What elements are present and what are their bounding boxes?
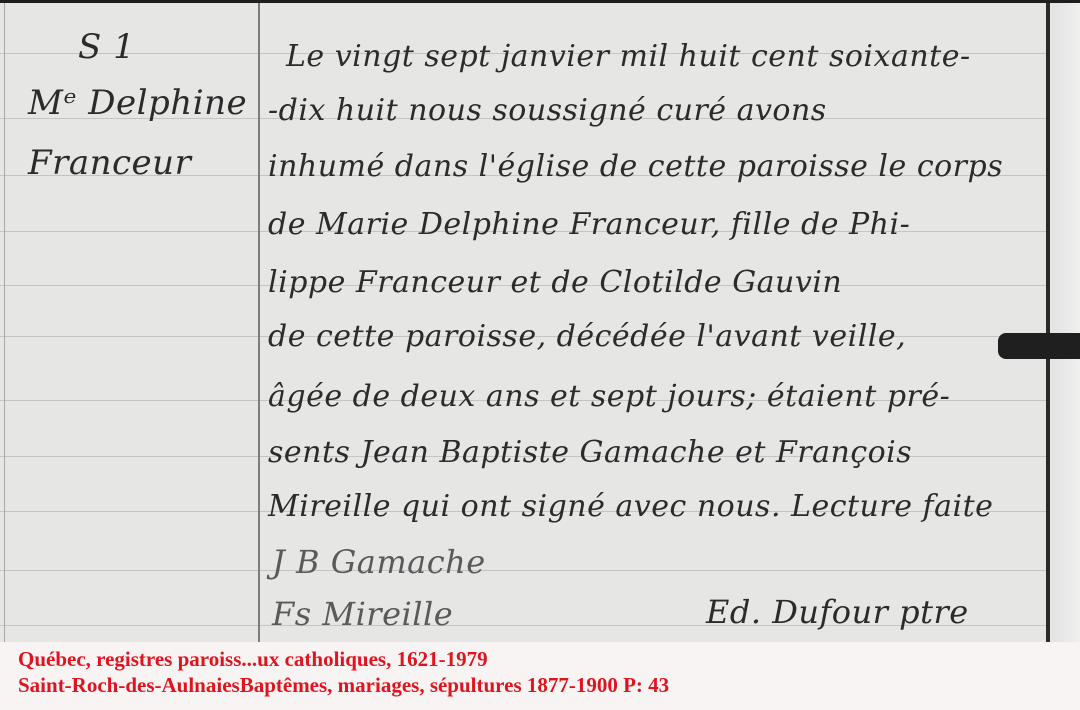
body-line: lippe Franceur et de Clotilde Gauvin	[268, 265, 842, 300]
body-line: sents Jean Baptiste Gamache et François	[268, 435, 912, 470]
margin-name-line2: Franceur	[28, 143, 191, 183]
body-line: inhumé dans l'église de cette paroisse l…	[268, 149, 1003, 184]
right-border-line	[1046, 3, 1050, 642]
signature-witness-1: J B Gamache	[272, 543, 486, 581]
margin-name-line1: Mᵉ Delphine	[28, 83, 247, 123]
left-border-line	[4, 3, 5, 642]
body-line: Mireille qui ont signé avec nous. Lectur…	[268, 489, 993, 524]
signature-priest: Ed. Dufour ptre	[706, 593, 969, 631]
source-caption: Québec, registres paroiss...ux catholiqu…	[18, 646, 669, 698]
body-line: -dix huit nous soussigné curé avons	[268, 93, 827, 128]
body-line: de cette paroisse, décédée l'avant veill…	[268, 319, 906, 354]
signature-witness-2: Fs Mireille	[272, 595, 453, 633]
caption-register: Saint-Roch-des-AulnaiesBaptêmes, mariage…	[18, 672, 669, 698]
body-line: Le vingt sept janvier mil huit cent soix…	[286, 39, 971, 74]
margin-line	[258, 3, 260, 642]
register-page-scan: S 1 Mᵉ Delphine Franceur Le vingt sept j…	[0, 0, 1080, 642]
ruled-line	[0, 570, 1050, 571]
ink-tab-mark	[998, 333, 1080, 359]
body-line: de Marie Delphine Franceur, fille de Phi…	[268, 207, 910, 242]
caption-collection: Québec, registres paroiss...ux catholiqu…	[18, 646, 669, 672]
body-line: âgée de deux ans et sept jours; étaient …	[268, 379, 950, 414]
page-edge	[1052, 3, 1080, 642]
entry-number: S 1	[78, 27, 135, 67]
